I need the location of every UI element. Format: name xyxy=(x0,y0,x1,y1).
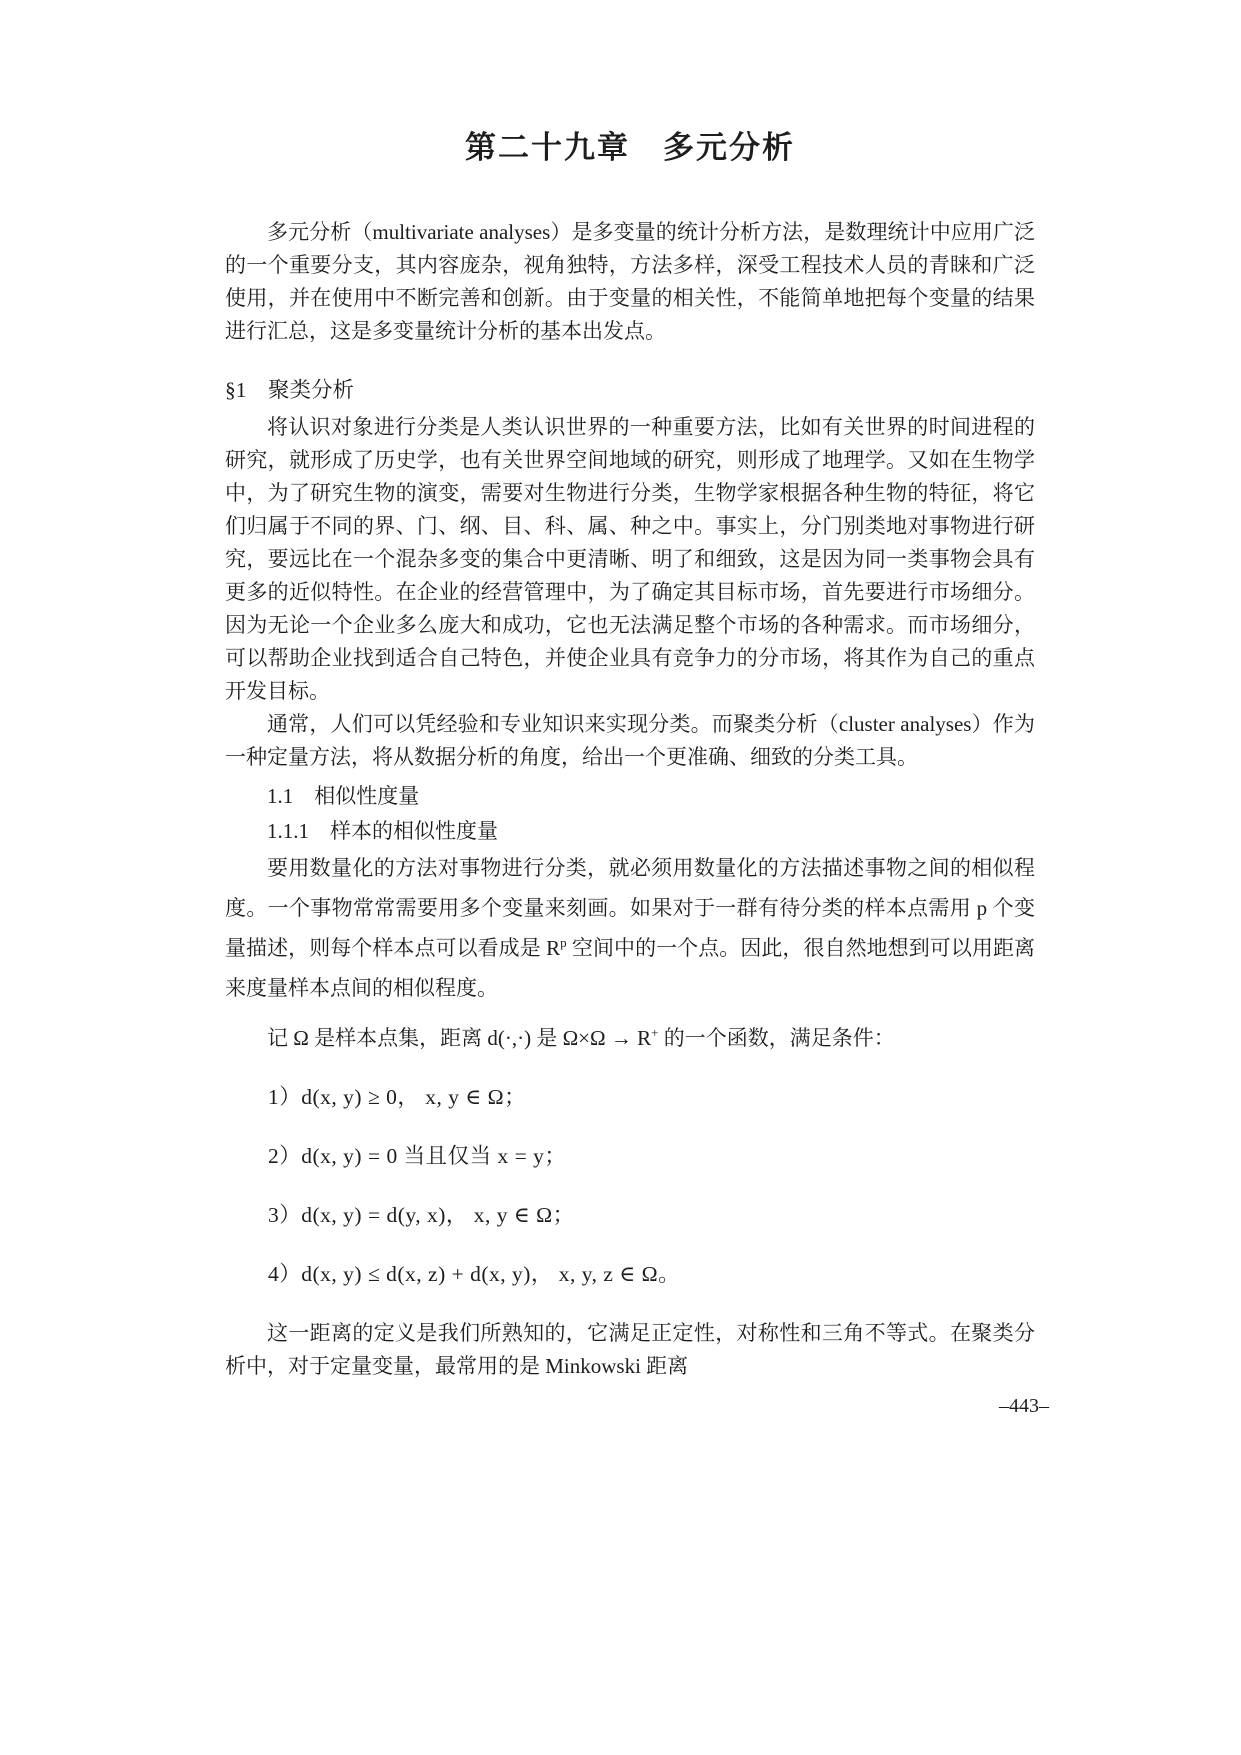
section-1-heading: §1 聚类分析 xyxy=(225,374,1035,407)
classification-paragraph: 将认识对象进行分类是人类认识世界的一种重要方法，比如有关世界的时间进程的研究，就… xyxy=(225,411,1035,708)
setup-text-after: 的一个函数，满足条件： xyxy=(659,1026,895,1050)
distance-condition-1: 1）d(x, y) ≥ 0， x, y ∈ Ω； xyxy=(225,1081,1035,1114)
distance-condition-3: 3）d(x, y) = d(y, x)， x, y ∈ Ω； xyxy=(225,1199,1035,1232)
setup-text-before: 记 Ω 是样本点集，距离 d(·,·) 是 Ω×Ω → xyxy=(267,1026,637,1050)
subsection-1-1-1-heading: 1.1.1 样本的相似性度量 xyxy=(225,815,1035,848)
subsection-1-1-heading: 1.1 相似性度量 xyxy=(225,780,1035,813)
distance-condition-2: 2）d(x, y) = 0 当且仅当 x = y； xyxy=(225,1140,1035,1173)
cluster-intro-paragraph: 通常，人们可以凭经验和专业知识来实现分类。而聚类分析（cluster analy… xyxy=(225,708,1035,774)
r-plus-exponent: + xyxy=(651,1025,658,1040)
r-plus-symbol: R+ xyxy=(637,1026,658,1050)
distance-definition-line: 记 Ω 是样本点集，距离 d(·,·) 是 Ω×Ω → R+ 的一个函数，满足条… xyxy=(225,1022,1035,1055)
closing-paragraph: 这一距离的定义是我们所熟知的，它满足正定性，对称性和三角不等式。在聚类分析中，对… xyxy=(225,1317,1035,1383)
r-power-p-symbol: Rp xyxy=(546,936,567,960)
document-page: 第二十九章 多元分析 多元分析（multivariate analyses）是多… xyxy=(0,0,1241,1755)
page-number: –443– xyxy=(225,1391,1049,1421)
distance-condition-4: 4）d(x, y) ≤ d(x, z) + d(x, y)， x, y, z ∈… xyxy=(225,1258,1035,1291)
intro-paragraph: 多元分析（multivariate analyses）是多变量的统计分析方法，是… xyxy=(225,216,1035,348)
chapter-title: 第二十九章 多元分析 xyxy=(225,126,1035,170)
similarity-paragraph: 要用数量化的方法对事物进行分类，就必须用数量化的方法描述事物之间的相似程度。一个… xyxy=(225,848,1035,1008)
r-base: R xyxy=(546,936,560,960)
r-plus-base: R xyxy=(637,1026,651,1050)
